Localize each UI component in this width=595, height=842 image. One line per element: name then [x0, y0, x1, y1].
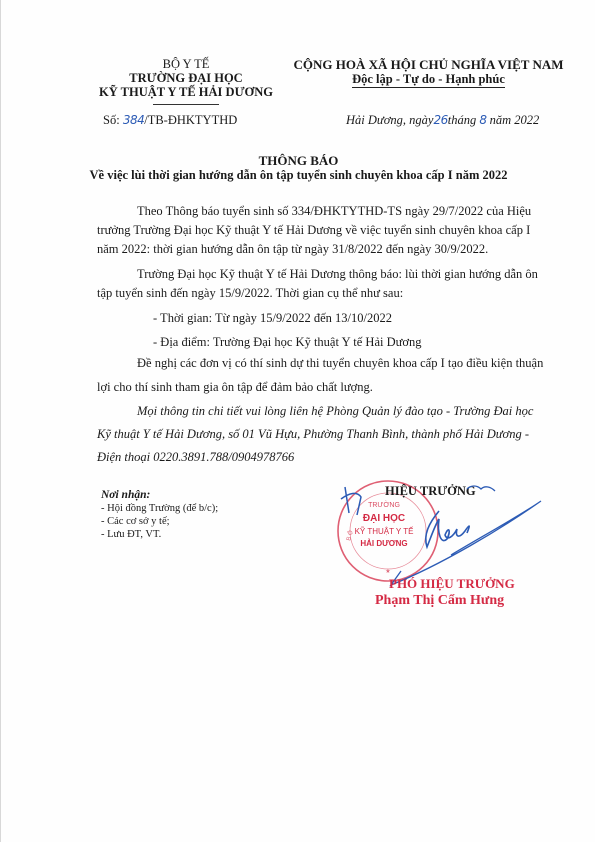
date-day: 26 — [433, 113, 447, 127]
header-divider — [153, 104, 219, 105]
paragraph-4-line-2: Kỹ thuật Y tế Hải Dương, số 01 Vũ Hựu, P… — [97, 427, 529, 442]
motto: Độc lập - Tự do - Hạnh phúc — [276, 72, 581, 87]
number-suffix: /TB-ĐHKTYTHD — [144, 113, 237, 127]
paragraph-3-line-1: Đề nghị các đơn vị có thí sinh dự thi tu… — [137, 356, 543, 371]
document-title: THÔNG BÁO — [1, 153, 595, 169]
bullet-location: - Địa điểm: Trường Đại học Kỹ thuật Y tế… — [153, 335, 422, 350]
date-month: 8 — [479, 113, 486, 127]
date-year: năm 2022 — [490, 113, 540, 127]
recipients-title: Nơi nhận: — [101, 489, 150, 501]
school-name-line1: TRƯỜNG ĐẠI HỌC — [71, 71, 301, 86]
motto-text: Độc lập - Tự do - Hạnh phúc — [352, 72, 505, 88]
date-month-label: tháng — [448, 113, 476, 127]
recipient-item: - Các cơ sở y tế; — [101, 516, 170, 527]
document-number: Số: 384/TB-ĐHKTYTHD — [103, 113, 237, 128]
bullet-time: - Thời gian: Từ ngày 15/9/2022 đến 13/10… — [153, 311, 392, 326]
signature-deputy-role: PHÓ HIỆU TRƯỞNG — [389, 576, 515, 592]
document-subject: Về việc lùi thời gian hướng dẫn ôn tập t… — [1, 168, 595, 183]
ministry-name: BỘ Y TẾ — [71, 57, 301, 72]
recipient-item: - Hội đồng Trường (để b/c); — [101, 503, 218, 514]
nation-title: CỘNG HOÀ XÃ HỘI CHỦ NGHĨA VIỆT NAM — [276, 57, 581, 73]
document-page: BỘ Y TẾ TRƯỜNG ĐẠI HỌC KỸ THUẬT Y TẾ HẢI… — [0, 0, 595, 842]
document-date: Hải Dương, ngày26tháng 8 năm 2022 — [346, 113, 539, 128]
paragraph-4-line-3: Điện thoại 0220.3891.788/0904978766 — [97, 450, 294, 465]
number-handwritten: 384 — [123, 113, 144, 127]
paragraph-1-line-3: năm 2022: thời gian hướng dẫn ôn tập từ … — [97, 242, 488, 257]
signatory-name: Phạm Thị Cẩm Hưng — [375, 593, 504, 609]
paragraph-1-line-2: trưởng Trường Đại học Kỹ thuật Y tế Hải … — [97, 223, 530, 238]
paragraph-3-line-2: lợi cho thí sinh tham gia ôn tập để đảm … — [97, 380, 373, 395]
date-place: Hải Dương, ngày — [346, 113, 433, 127]
paragraph-2-line-1: Trường Đại học Kỹ thuật Y tế Hải Dương t… — [137, 267, 538, 282]
paragraph-4-line-1: Mọi thông tin chi tiết vui lòng liên hệ … — [137, 404, 533, 419]
school-name-line2: KỸ THUẬT Y TẾ HẢI DƯƠNG — [71, 85, 301, 100]
paragraph-1-line-1: Theo Thông báo tuyển sinh số 334/ĐHKTYTH… — [137, 204, 531, 219]
paragraph-2-line-2: tập tuyển sinh đến ngày 15/9/2022. Thời … — [97, 286, 403, 301]
recipient-item: - Lưu ĐT, VT. — [101, 529, 161, 540]
number-prefix: Số: — [103, 113, 120, 127]
